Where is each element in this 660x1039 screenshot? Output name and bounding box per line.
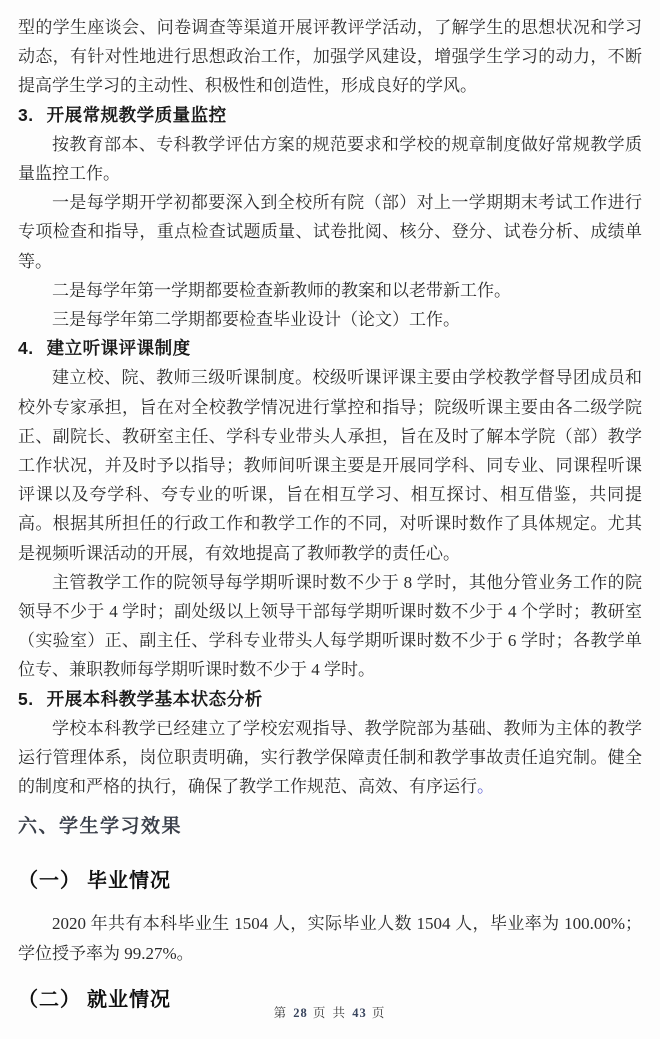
subsection-1-title: 毕业情况: [87, 870, 171, 892]
paragraph-observation-system: 建立校、院、教师三级听课制度。校级听课评课主要由学校教学督导团成员和校外专家承担…: [18, 363, 642, 567]
subsection-1-prefix: （一）: [18, 870, 81, 892]
subsection-1-heading-graduation: （一）毕业情况: [18, 867, 642, 895]
paragraph-routine-intro: 按教育部本、专科教学评估方案的规范要求和学校的规章制度做好常规教学质量监控工作。: [18, 130, 642, 188]
paragraph-teaching-status-blue-period: 。: [477, 777, 494, 796]
heading-4-number: 4.: [18, 338, 34, 358]
paragraph-third-measure: 三是每学年第二学期都要检查毕业设计（论文）工作。: [18, 305, 642, 334]
heading-3-number: 3.: [18, 105, 34, 125]
page-footer: 第 28 页 共 43 页: [0, 1004, 660, 1022]
heading-5-number: 5.: [18, 689, 34, 709]
paragraph-second-measure: 二是每学年第一学期都要检查新教师的教案和以老带新工作。: [18, 276, 642, 305]
heading-4-class-observation-system: 4.建立听课评课制度: [18, 334, 642, 363]
paragraph-observation-hours: 主管教学工作的院领导每学期听课时数不少于 8 学时，其他分管业务工作的院领导不少…: [18, 568, 642, 685]
paragraph-teaching-status: 学校本科教学已经建立了学校宏观指导、教学院部为基础、教师为主体的教学运行管理体系…: [18, 714, 642, 802]
heading-3-routine-teaching-quality-monitoring: 3.开展常规教学质量监控: [18, 101, 642, 130]
section-6-heading-student-learning-outcomes: 六、学生学习效果: [18, 814, 642, 840]
paragraph-graduation-stats: 2020 年共有本科毕业生 1504 人，实际毕业人数 1504 人，毕业率为 …: [18, 909, 642, 967]
heading-4-title: 建立听课评课制度: [47, 338, 191, 358]
footer-current-page-number: 28: [293, 1006, 308, 1020]
footer-total-page-number: 43: [352, 1006, 367, 1020]
document-page: 型的学生座谈会、问卷调查等渠道开展评教评学活动，了解学生的思想状况和学习动态，有…: [0, 0, 660, 1039]
paragraph-continuation: 型的学生座谈会、问卷调查等渠道开展评教评学活动，了解学生的思想状况和学习动态，有…: [18, 13, 642, 101]
heading-5-title: 开展本科教学基本状态分析: [47, 689, 263, 709]
paragraph-teaching-status-text: 学校本科教学已经建立了学校宏观指导、教学院部为基础、教师为主体的教学运行管理体系…: [18, 719, 642, 796]
paragraph-first-measure: 一是每学期开学初都要深入到全校所有院（部）对上一学期期末考试工作进行专项检查和指…: [18, 188, 642, 276]
heading-3-title: 开展常规教学质量监控: [47, 105, 227, 125]
footer-label-suffix: 页: [372, 1006, 387, 1020]
heading-5-teaching-status-analysis: 5.开展本科教学基本状态分析: [18, 685, 642, 714]
footer-label-prefix: 第: [274, 1006, 289, 1020]
footer-label-middle: 页 共: [313, 1006, 347, 1020]
